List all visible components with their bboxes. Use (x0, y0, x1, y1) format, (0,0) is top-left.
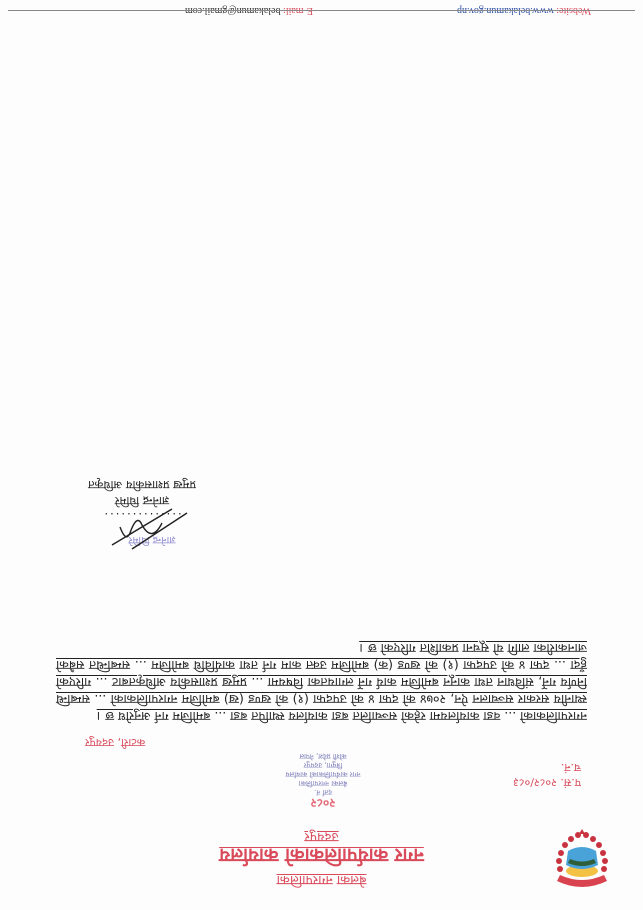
stamp-year: २०८२ (253, 796, 393, 810)
body-paragraph: स्थानीय सरकार सञ्चालन ऐन, २०७४ को दफा ४ … (56, 640, 587, 708)
stamp-line: नगर कार्यपालिकाको कार्यालय (253, 769, 393, 778)
footer-divider (8, 10, 635, 11)
stamp-line: त्रियुगा, उदयपुर (253, 760, 393, 769)
letterhead: बेलका नगरपालिका नगर कार्यपालिकाको कार्या… (0, 828, 643, 888)
office-name: नगर कार्यपालिकाको कार्यालय (0, 842, 643, 868)
scanned-letter-page: बेलका नगरपालिका नगर कार्यपालिकाको कार्या… (0, 0, 643, 910)
letter-body: नगरपालिकाको ... वडा कार्यालयमा रहेको सञ्… (56, 640, 587, 725)
signature-block: ज्ञानेन्द्र घिमिरे .............. ज्ञाने… (62, 477, 222, 525)
handwritten-signature-icon (102, 505, 192, 553)
district-name: उदयपुर (0, 828, 643, 844)
body-paragraph: नगरपालिकाको ... वडा कार्यालयमा रहेको सञ्… (56, 708, 587, 725)
office-address: कटारी, उदयपुर (85, 735, 145, 750)
letter-number: प.सं. २०८२/०८३ (513, 775, 581, 790)
reference-block: प.सं. २०८२/०८३ च.नं. (513, 760, 581, 790)
stamp-line: बेलका नगरपालिका (253, 778, 393, 787)
municipality-name: बेलका नगरपालिका (0, 870, 643, 888)
stamp-line: दर्ता नं. (253, 787, 393, 796)
dispatch-number: च.नं. (513, 760, 581, 775)
registration-stamp: २०८२ दर्ता नं. बेलका नगरपालिका नगर कार्य… (253, 730, 393, 810)
signatory-title: प्रमुख प्रशासकीय अधिकृत (62, 477, 222, 493)
stamp-line: कोशी प्रदेश, नेपाल (253, 751, 393, 760)
